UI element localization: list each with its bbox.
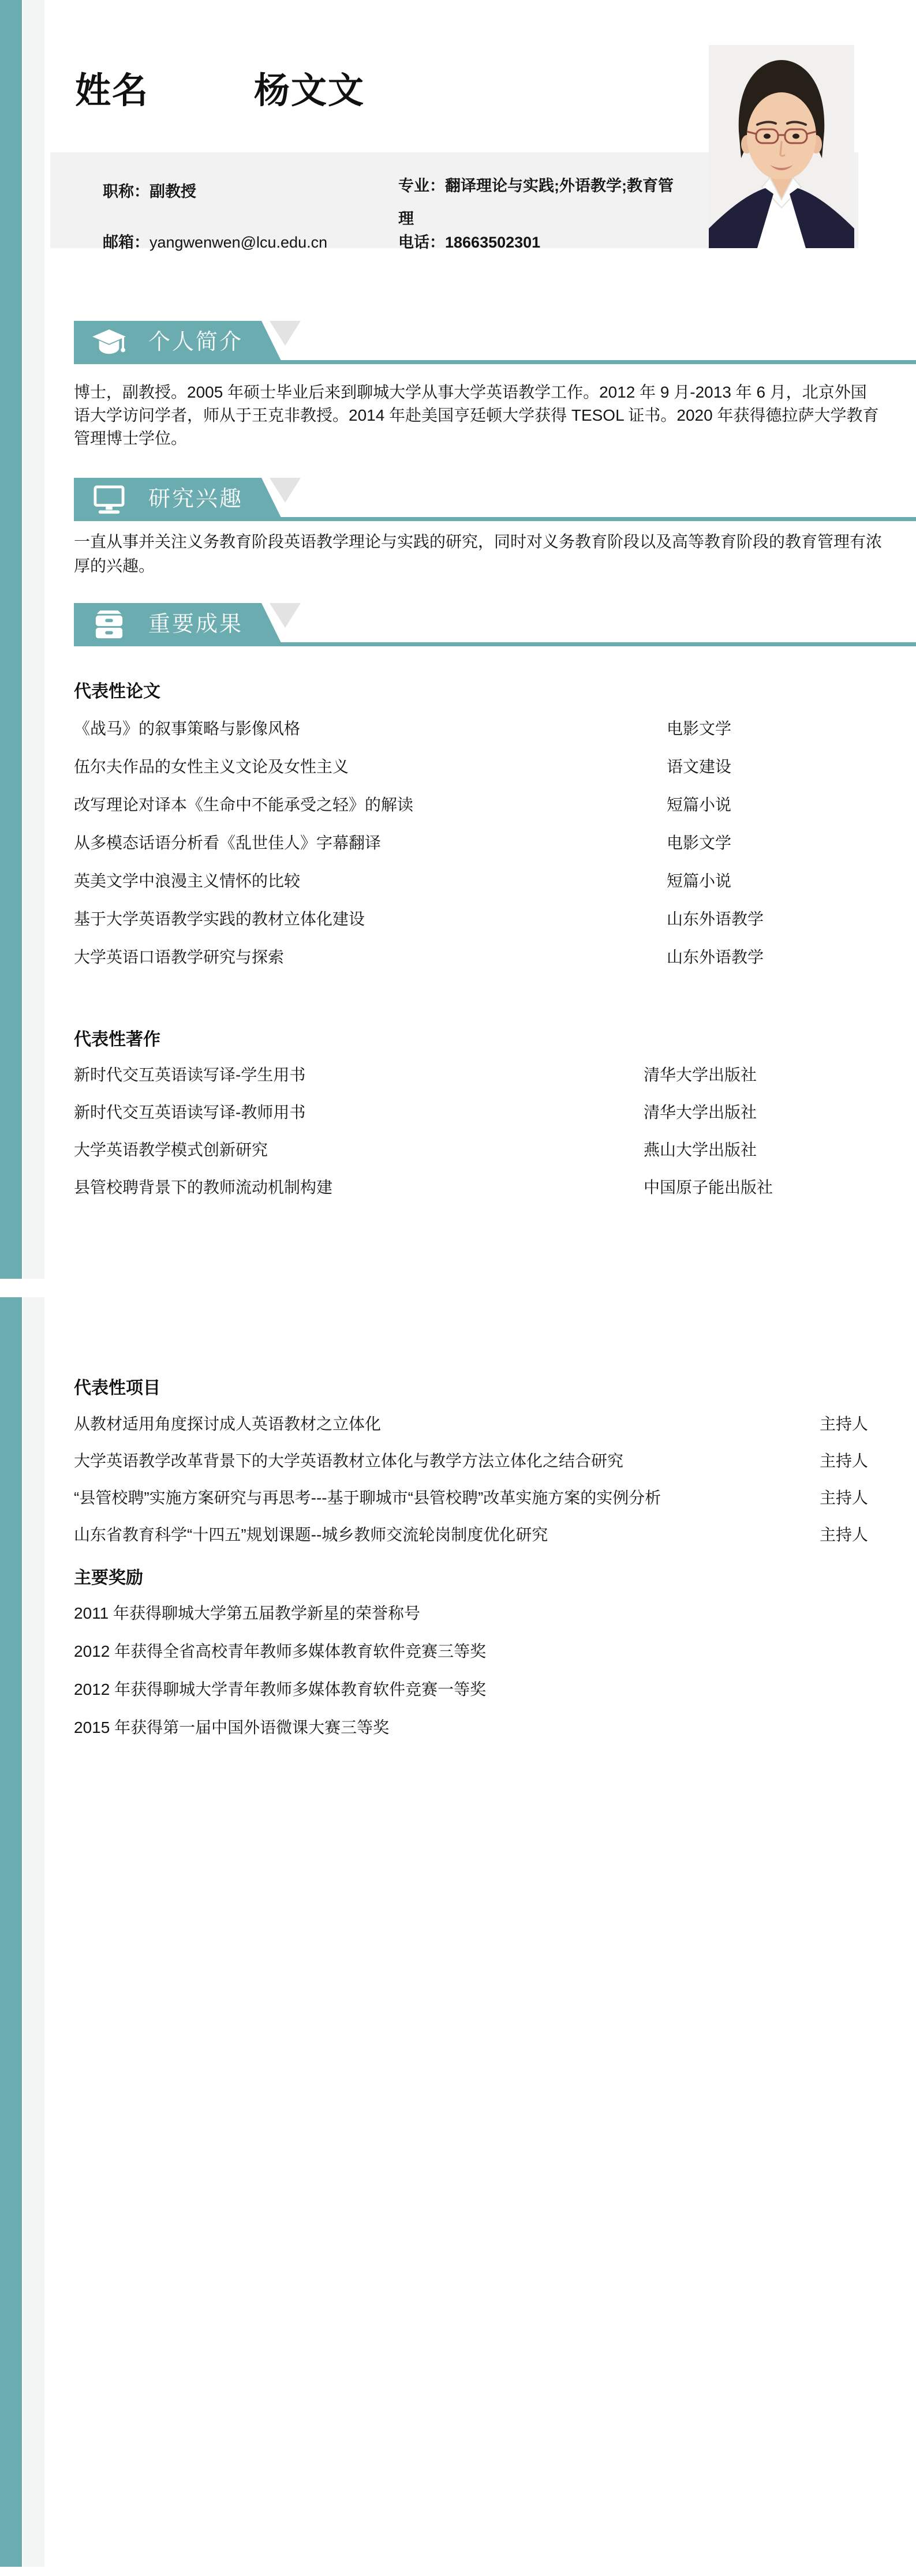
paper-title: 基于大学英语教学实践的教材立体化建设	[74, 910, 365, 928]
title-value: 副教授	[149, 183, 196, 200]
paper-row: 改写理论对译本《生命中不能承受之轻》的解读 短篇小说	[74, 792, 905, 830]
title-row: 职称：副教授	[103, 182, 196, 201]
projects-heading: 代表性项目	[74, 1369, 905, 1411]
archive-drawers-icon	[91, 609, 127, 641]
banner-triangle	[270, 478, 301, 503]
paper-venue: 山东外语教学	[667, 909, 764, 929]
book-row: 大学英语教学模式创新研究 燕山大学出版社	[74, 1137, 905, 1174]
spacer	[74, 982, 905, 1020]
email-value: yangwenwen@lcu.edu.cn	[149, 234, 327, 251]
paper-title: 从多模态话语分析看《乱世佳人》字幕翻译	[74, 834, 381, 852]
achievements-block-page2: 代表性项目 从教材适用角度探讨成人英语教材之立体化 主持人 大学英语教学改革背景…	[74, 1369, 905, 1753]
name-value: 杨文文	[254, 73, 365, 109]
paper-title: 改写理论对译本《生命中不能承受之轻》的解读	[74, 796, 413, 814]
paper-row: 英美文学中浪漫主义情怀的比较 短篇小说	[74, 868, 905, 906]
paper-title: 伍尔夫作品的女性主义文论及女性主义	[74, 758, 349, 776]
project-row: 从教材适用角度探讨成人英语教材之立体化 主持人	[74, 1411, 905, 1448]
name-label: 姓名	[75, 73, 149, 109]
award-row: 2012 年获得全省高校青年教师多媒体教育软件竞赛三等奖	[74, 1638, 905, 1676]
resume-page: 姓名 杨文文 职称：副教授 邮箱：yangwenwen@lcu.edu.cn 专…	[0, 0, 916, 2576]
paper-row: 大学英语口语教学研究与探索 山东外语教学	[74, 944, 905, 982]
project-title: 从教材适用角度探讨成人英语教材之立体化	[74, 1415, 381, 1433]
paper-venue: 短篇小说	[667, 795, 731, 815]
books-heading: 代表性著作	[74, 1020, 905, 1062]
award-row: 2012 年获得聊城大学青年教师多媒体教育软件竞赛一等奖	[74, 1676, 905, 1714]
paper-venue: 山东外语教学	[667, 948, 764, 967]
graduation-cap-icon	[91, 327, 127, 358]
project-role: 主持人	[820, 1451, 868, 1471]
award-row: 2011 年获得聊城大学第五届教学新星的荣誉称号	[74, 1600, 905, 1638]
phone-row: 电话：18663502301	[398, 233, 540, 252]
book-title: 新时代交互英语读写译-学生用书	[74, 1066, 305, 1084]
achievements-block-page1: 代表性论文 《战马》的叙事策略与影像风格 电影文学 伍尔夫作品的女性主义文论及女…	[74, 672, 905, 1212]
section-banner-interests: 研究兴趣	[74, 478, 916, 521]
profile-text: 博士，副教授。2005 年硕士毕业后来到聊城大学从事大学英语教学工作。2012 …	[74, 381, 882, 450]
book-row: 新时代交互英语读写译-学生用书 清华大学出版社	[74, 1062, 905, 1099]
profile-photo-image	[709, 45, 854, 248]
section-title-achievements: 重要成果	[148, 603, 243, 646]
awards-heading: 主要奖励	[74, 1559, 905, 1600]
section-banner-achievements: 重要成果	[74, 603, 916, 646]
left-gray-strip-page2	[23, 1297, 44, 2567]
section-title-interests: 研究兴趣	[148, 478, 243, 521]
paper-title: 《战马》的叙事策略与影像风格	[74, 720, 300, 737]
project-role: 主持人	[820, 1488, 868, 1508]
monitor-icon	[91, 484, 127, 515]
book-title: 大学英语教学模式创新研究	[74, 1141, 268, 1159]
project-role: 主持人	[820, 1525, 868, 1545]
paper-venue: 短篇小说	[667, 871, 731, 891]
book-row: 新时代交互英语读写译-教师用书 清华大学出版社	[74, 1099, 905, 1137]
project-role: 主持人	[820, 1414, 868, 1434]
book-title: 县管校聘背景下的教师流动机制构建	[74, 1178, 332, 1196]
project-row: “县管校聘”实施方案研究与再思考---基于聊城市“县管校聘”改革实施方案的实例分…	[74, 1485, 905, 1522]
paper-venue: 语文建设	[667, 757, 731, 777]
title-label: 职称：	[103, 183, 149, 200]
paper-row: 从多模态话语分析看《乱世佳人》字幕翻译 电影文学	[74, 830, 905, 868]
interests-text: 一直从事并关注义务教育阶段英语教学理论与实践的研究，同时对义务教育阶段以及高等教…	[74, 530, 882, 578]
left-gray-strip-page1	[23, 0, 44, 1279]
major-label: 专业：	[398, 177, 445, 194]
email-label: 邮箱：	[103, 234, 149, 251]
phone-value: 18663502301	[445, 234, 540, 251]
left-teal-bar-page1	[0, 0, 22, 1279]
paper-title: 大学英语口语教学研究与探索	[74, 948, 284, 966]
paper-row: 基于大学英语教学实践的教材立体化建设 山东外语教学	[74, 906, 905, 944]
phone-label: 电话：	[398, 234, 445, 251]
paper-row: 《战马》的叙事策略与影像风格 电影文学	[74, 716, 905, 754]
book-title: 新时代交互英语读写译-教师用书	[74, 1103, 305, 1121]
section-banner-profile: 个人简介	[74, 321, 916, 364]
project-title: 大学英语教学改革背景下的大学英语教材立体化与教学方法立体化之结合研究	[74, 1452, 623, 1470]
paper-title: 英美文学中浪漫主义情怀的比较	[74, 872, 300, 890]
project-title: 山东省教育科学“十四五”规划课题--城乡教师交流轮岗制度优化研究	[74, 1526, 548, 1544]
banner-triangle	[270, 321, 301, 346]
left-teal-bar-page2	[0, 1297, 22, 2567]
major-row: 专业：翻译理论与实践;外语教学;教育管理	[398, 170, 687, 235]
profile-photo	[709, 45, 854, 248]
project-title: “县管校聘”实施方案研究与再思考---基于聊城市“县管校聘”改革实施方案的实例分…	[74, 1489, 661, 1507]
section-title-profile: 个人简介	[148, 321, 243, 364]
papers-heading: 代表性论文	[74, 672, 905, 716]
book-publisher: 燕山大学出版社	[644, 1140, 757, 1160]
book-publisher: 清华大学出版社	[644, 1103, 757, 1122]
award-row: 2015 年获得第一届中国外语微课大赛三等奖	[74, 1714, 905, 1753]
project-row: 大学英语教学改革背景下的大学英语教材立体化与教学方法立体化之结合研究 主持人	[74, 1448, 905, 1485]
paper-row: 伍尔夫作品的女性主义文论及女性主义 语文建设	[74, 754, 905, 792]
project-row: 山东省教育科学“十四五”规划课题--城乡教师交流轮岗制度优化研究 主持人	[74, 1522, 905, 1559]
book-publisher: 中国原子能出版社	[644, 1178, 773, 1197]
email-row: 邮箱：yangwenwen@lcu.edu.cn	[103, 233, 327, 252]
banner-triangle	[270, 603, 301, 628]
paper-venue: 电影文学	[667, 833, 731, 853]
book-publisher: 清华大学出版社	[644, 1065, 757, 1085]
paper-venue: 电影文学	[667, 719, 731, 739]
book-row: 县管校聘背景下的教师流动机制构建 中国原子能出版社	[74, 1174, 905, 1212]
